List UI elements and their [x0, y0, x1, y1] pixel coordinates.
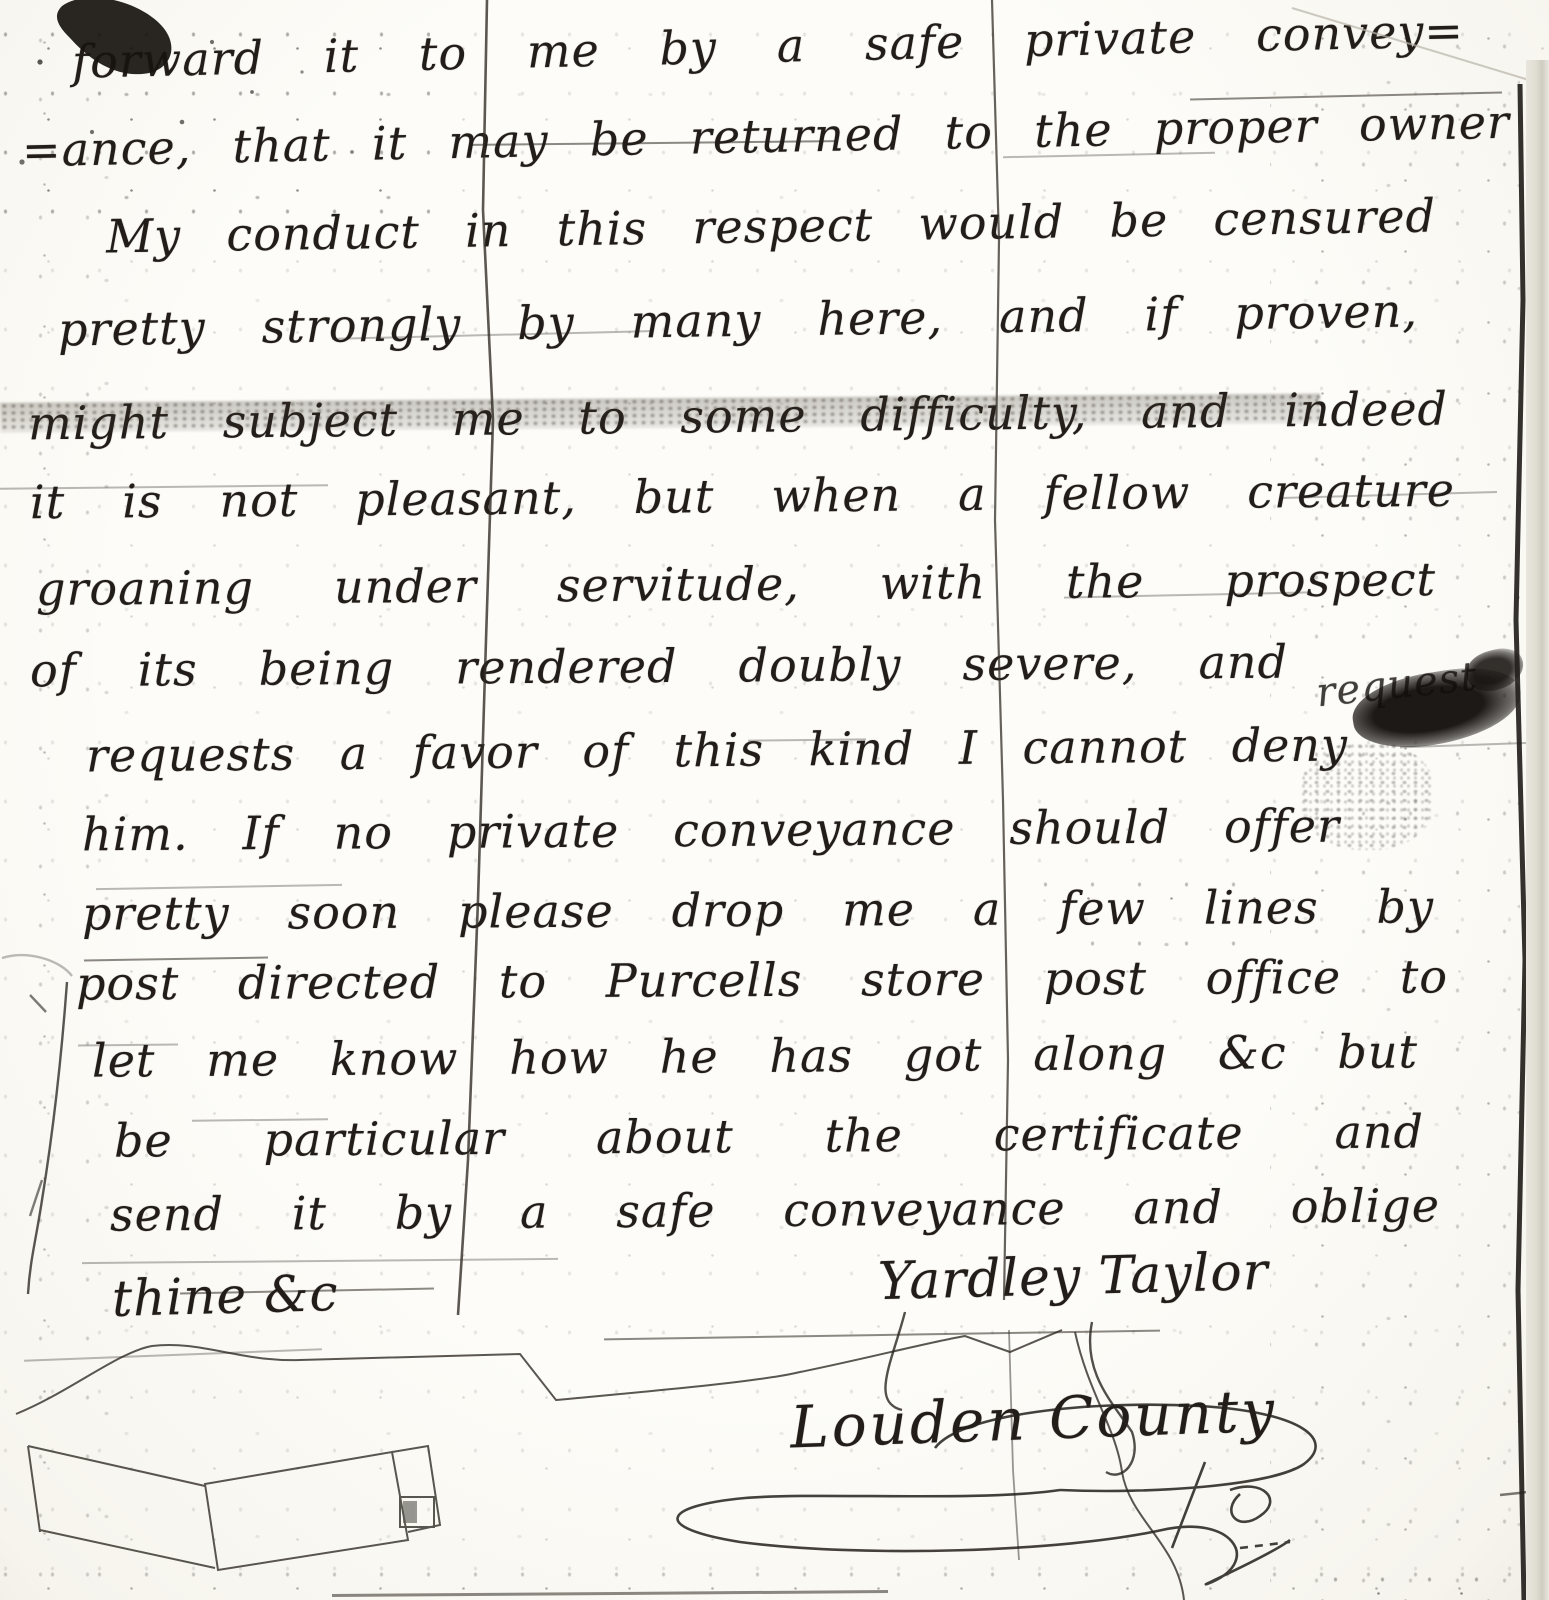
- right-scan-edge: [1500, 84, 1543, 1600]
- letter-line: of its being rendered doubly severe, and: [30, 636, 1288, 698]
- letter-line: pretty soon please drop me a few lines b…: [82, 880, 1434, 940]
- blotted-word: request: [1314, 654, 1479, 717]
- letter-page: forward it to me by a safe private conve…: [0, 0, 1549, 1600]
- letter-line: him. If no private conveyance should off…: [82, 800, 1340, 862]
- crease-mark: [24, 1348, 322, 1361]
- letter-line: might subject me to some difficulty, and…: [28, 383, 1448, 451]
- letter-line: forward it to me by a safe private conve…: [72, 4, 1465, 88]
- letter-line: let me know how he has got along &c but: [92, 1025, 1418, 1087]
- speckle-bottom-edge: [0, 1540, 1549, 1600]
- letter-line: send it by a safe conveyance and oblige: [110, 1179, 1440, 1241]
- signature-strike: [604, 1330, 1160, 1341]
- letter-line: requests a favor of this kind I cannot d…: [86, 718, 1348, 782]
- crease-mark: [1400, 742, 1538, 749]
- letter-line: it is not pleasant, but when a fellow cr…: [30, 464, 1455, 529]
- crease-mark: [82, 1258, 558, 1264]
- place-line: Louden County: [789, 1378, 1278, 1462]
- stray-marks: [2, 955, 72, 1216]
- letter-line: post directed to Purcells store post off…: [76, 950, 1448, 1010]
- scan-edge-band: [1526, 60, 1549, 1600]
- signature: Yardley Taylor: [877, 1243, 1269, 1313]
- letter-line: groaning under servitude, with the prosp…: [36, 553, 1436, 616]
- crease-mark: [332, 1590, 888, 1597]
- closing-line: thine &c: [111, 1265, 339, 1328]
- letter-line: pretty strongly by many here, and if pro…: [58, 285, 1419, 357]
- speckle-left-margin: [0, 0, 120, 1600]
- letter-line: =ance, that it may be returned to the pr…: [22, 96, 1511, 177]
- speckle-bottom-right: [1330, 1545, 1520, 1600]
- letter-line: be particular about the certificate and: [114, 1105, 1424, 1167]
- letter-line: My conduct in this respect would be cens…: [106, 190, 1437, 264]
